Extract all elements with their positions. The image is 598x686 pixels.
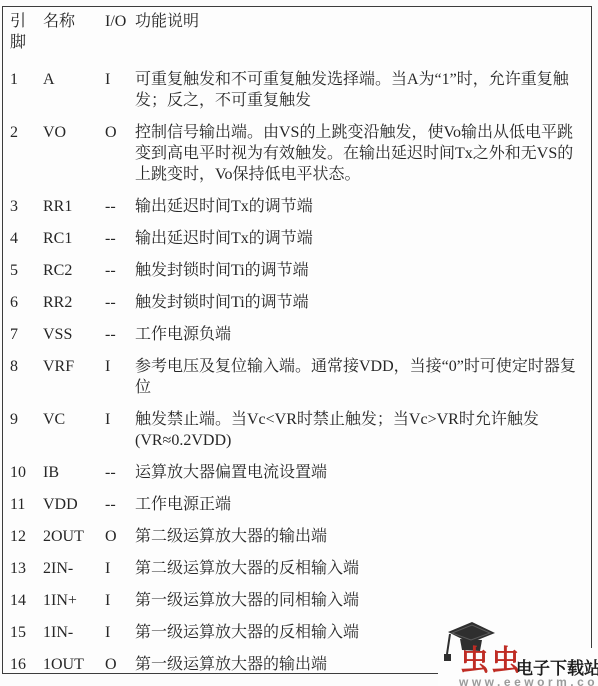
pin-number: 2 bbox=[10, 122, 43, 185]
pin-name: VC bbox=[43, 409, 105, 451]
watermark-url: www.eeworm.com bbox=[459, 675, 598, 686]
pin-io: I bbox=[105, 558, 135, 579]
pin-name: 2IN- bbox=[43, 558, 105, 579]
table-row: 3 RR1 -- 输出延迟时间Tx的调节端 bbox=[10, 196, 581, 217]
pin-name: VRF bbox=[43, 356, 105, 398]
table-row: 1 A I 可重复触发和不可重复触发选择端。当A为“1”时，允许重复触发；反之，… bbox=[10, 69, 581, 111]
table-row: 13 2IN- I 第二级运算放大器的反相输入端 bbox=[10, 558, 581, 579]
pin-io: O bbox=[105, 526, 135, 547]
pin-io: -- bbox=[105, 462, 135, 483]
pin-number: 3 bbox=[10, 196, 43, 217]
pin-name: RC2 bbox=[43, 260, 105, 281]
pin-io: -- bbox=[105, 292, 135, 313]
pin-number: 4 bbox=[10, 228, 43, 249]
pin-name: 1IN- bbox=[43, 622, 105, 643]
pin-number: 5 bbox=[10, 260, 43, 281]
pin-description: 运算放大器偏置电流设置端 bbox=[135, 462, 581, 483]
pin-number: 6 bbox=[10, 292, 43, 313]
header-pin: 引脚 bbox=[10, 11, 43, 53]
table-row: 7 VSS -- 工作电源负端 bbox=[10, 324, 581, 345]
pin-number: 12 bbox=[10, 526, 43, 547]
pin-io: -- bbox=[105, 228, 135, 249]
pin-description: 控制信号输出端。由VS的上跳变沿触发，使Vo输出从低电平跳变到高电平时视为有效触… bbox=[135, 122, 581, 185]
pin-description: 第二级运算放大器的输出端 bbox=[135, 526, 581, 547]
site-watermark: 虫虫 电子下载站 www.eeworm.com bbox=[440, 600, 598, 686]
table-row: 4 RC1 -- 输出延迟时间Tx的调节端 bbox=[10, 228, 581, 249]
pin-io: O bbox=[105, 654, 135, 675]
pin-number: 10 bbox=[10, 462, 43, 483]
pin-name: VO bbox=[43, 122, 105, 185]
pin-io: I bbox=[105, 622, 135, 643]
pin-io: -- bbox=[105, 324, 135, 345]
pin-name: RC1 bbox=[43, 228, 105, 249]
table-header-row: 引脚 名称 I/O 功能说明 bbox=[10, 11, 581, 53]
pin-io: -- bbox=[105, 260, 135, 281]
pin-description: 第二级运算放大器的反相输入端 bbox=[135, 558, 581, 579]
pin-number: 7 bbox=[10, 324, 43, 345]
pin-number: 11 bbox=[10, 494, 43, 515]
pin-name: A bbox=[43, 69, 105, 111]
pin-name: VSS bbox=[43, 324, 105, 345]
pin-name: 1OUT bbox=[43, 654, 105, 675]
header-name: 名称 bbox=[43, 11, 105, 53]
pin-name: IB bbox=[43, 462, 105, 483]
pin-number: 15 bbox=[10, 622, 43, 643]
pin-io: -- bbox=[105, 494, 135, 515]
pin-description: 工作电源正端 bbox=[135, 494, 581, 515]
header-io: I/O bbox=[105, 11, 135, 53]
pin-number: 16 bbox=[10, 654, 43, 675]
pin-name: RR2 bbox=[43, 292, 105, 313]
pin-number: 9 bbox=[10, 409, 43, 451]
header-desc: 功能说明 bbox=[135, 11, 581, 53]
pin-number: 1 bbox=[10, 69, 43, 111]
pin-description: 可重复触发和不可重复触发选择端。当A为“1”时，允许重复触发；反之，不可重复触发 bbox=[135, 69, 581, 111]
pin-name: VDD bbox=[43, 494, 105, 515]
pin-io: I bbox=[105, 409, 135, 451]
pin-name: 1IN+ bbox=[43, 590, 105, 611]
pin-io: I bbox=[105, 590, 135, 611]
pin-io: O bbox=[105, 122, 135, 185]
pin-description: 工作电源负端 bbox=[135, 324, 581, 345]
watermark-brand-text: 虫虫 bbox=[460, 638, 522, 679]
pin-number: 14 bbox=[10, 590, 43, 611]
table-row: 8 VRF I 参考电压及复位输入端。通常接VDD，当接“0”时可使定时器复位 bbox=[10, 356, 581, 398]
pin-io: I bbox=[105, 356, 135, 398]
pin-io: -- bbox=[105, 196, 135, 217]
pin-description: 参考电压及复位输入端。通常接VDD，当接“0”时可使定时器复位 bbox=[135, 356, 581, 398]
table-row: 2 VO O 控制信号输出端。由VS的上跳变沿触发，使Vo输出从低电平跳变到高电… bbox=[10, 122, 581, 185]
pin-description-table: 引脚 名称 I/O 功能说明 1 A I 可重复触发和不可重复触发选择端。当A为… bbox=[2, 6, 592, 674]
table-row: 5 RC2 -- 触发封锁时间Ti的调节端 bbox=[10, 260, 581, 281]
pin-number: 13 bbox=[10, 558, 43, 579]
pin-description: 触发封锁时间Ti的调节端 bbox=[135, 260, 581, 281]
table-row: 9 VC I 触发禁止端。当Vc<VR时禁止触发；当Vc>VR时允许触发 (VR… bbox=[10, 409, 581, 451]
pin-number: 8 bbox=[10, 356, 43, 398]
table-row: 11 VDD -- 工作电源正端 bbox=[10, 494, 581, 515]
pin-description: 输出延迟时间Tx的调节端 bbox=[135, 228, 581, 249]
table-row: 10 IB -- 运算放大器偏置电流设置端 bbox=[10, 462, 581, 483]
table-row: 6 RR2 -- 触发封锁时间Ti的调节端 bbox=[10, 292, 581, 313]
pin-name: RR1 bbox=[43, 196, 105, 217]
pin-name: 2OUT bbox=[43, 526, 105, 547]
pin-description: 输出延迟时间Tx的调节端 bbox=[135, 196, 581, 217]
pin-description: 触发禁止端。当Vc<VR时禁止触发；当Vc>VR时允许触发 (VR≈0.2VDD… bbox=[135, 409, 581, 451]
pin-description: 触发封锁时间Ti的调节端 bbox=[135, 292, 581, 313]
pin-io: I bbox=[105, 69, 135, 111]
table-row: 12 2OUT O 第二级运算放大器的输出端 bbox=[10, 526, 581, 547]
